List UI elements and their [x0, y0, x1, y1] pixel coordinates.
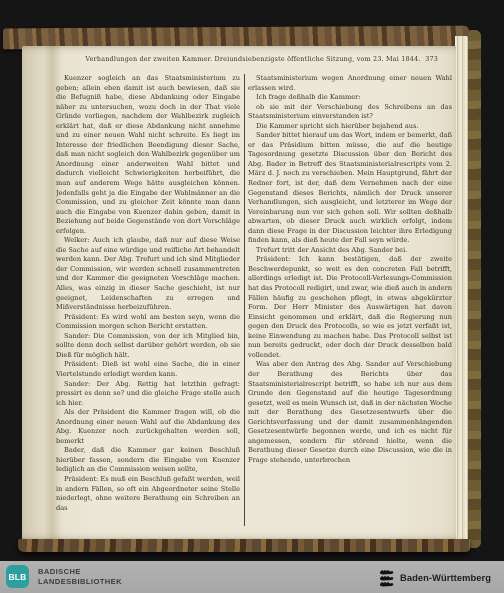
scan-viewport: Verhandlungen der zweiten Kammer. Dreiun…: [0, 0, 504, 593]
scanned-page: Verhandlungen der zweiten Kammer. Dreiun…: [22, 46, 456, 541]
paragraph: Was aber den Antrag des Abg. Sander auf …: [248, 360, 452, 465]
page-fore-edges: [455, 36, 468, 544]
paragraph: Präsident: Ich kann bestätigen, daß der …: [248, 255, 452, 360]
book-bottom-edge: [18, 539, 470, 552]
page-number: 373: [425, 55, 438, 63]
paragraph: Die Kammer spricht sich hierüber bejahen…: [248, 122, 452, 132]
paragraph: Präsident: Dieß ist wohl eine Sache, die…: [56, 360, 240, 379]
paragraph: Ich frage deßhalb die Kammer:: [248, 93, 452, 103]
column-divider: [244, 74, 245, 526]
paragraph: Bader, daß die Kammer gar keinen Beschlu…: [56, 446, 240, 475]
paragraph: Präsident: Es muß ein Beschluß gefaßt we…: [56, 475, 240, 513]
bw-branding: Baden-Württemberg: [378, 568, 491, 587]
paragraph: ob sie mit der Verschiebung des Schreibe…: [248, 103, 452, 122]
paragraph: Als der Präsident die Kammer fragen will…: [56, 408, 240, 446]
paragraph: Sander: Der Abg. Rettig hat letzthin gef…: [56, 380, 240, 409]
page-header: Verhandlungen der zweiten Kammer. Dreiun…: [56, 55, 450, 67]
blb-logo-text: BLB: [8, 572, 26, 582]
book-fore-edge: [468, 30, 481, 548]
text-columns: Kuenzer sogleich an das Staatsministeriu…: [56, 74, 452, 535]
paragraph: Trefurt tritt der Ansicht des Abg. Sande…: [248, 246, 452, 256]
state-label: Baden-Württemberg: [400, 573, 491, 583]
right-column: Staatsministerium wegen Anordnung einer …: [248, 74, 452, 535]
footer-banner: BLB BADISCHE LANDESBIBLIOTHEK Baden-Würt…: [0, 561, 504, 593]
library-name: BADISCHE LANDESBIBLIOTHEK: [38, 567, 122, 586]
paragraph: Sander: Die Commission, von der ich Mitg…: [56, 332, 240, 361]
library-name-line2: LANDESBIBLIOTHEK: [38, 577, 122, 587]
bw-coat-of-arms-icon: [378, 568, 395, 587]
paragraph: Welker: Auch ich glaube, daß nur auf die…: [56, 236, 240, 312]
paragraph: Staatsministerium wegen Anordnung einer …: [248, 74, 452, 93]
running-title: Verhandlungen der zweiten Kammer. Dreiun…: [85, 55, 420, 63]
blb-branding: BLB BADISCHE LANDESBIBLIOTHEK: [6, 565, 122, 588]
paragraph: Sander bittet hierauf um das Wort, indem…: [248, 131, 452, 246]
blb-logo: BLB: [6, 565, 29, 588]
left-column: Kuenzer sogleich an das Staatsministeriu…: [56, 74, 240, 535]
paragraph: Präsident: Es wird wohl am besten seyn, …: [56, 313, 240, 332]
library-name-line1: BADISCHE: [38, 567, 122, 577]
paragraph: Kuenzer sogleich an das Staatsministeriu…: [56, 74, 240, 236]
